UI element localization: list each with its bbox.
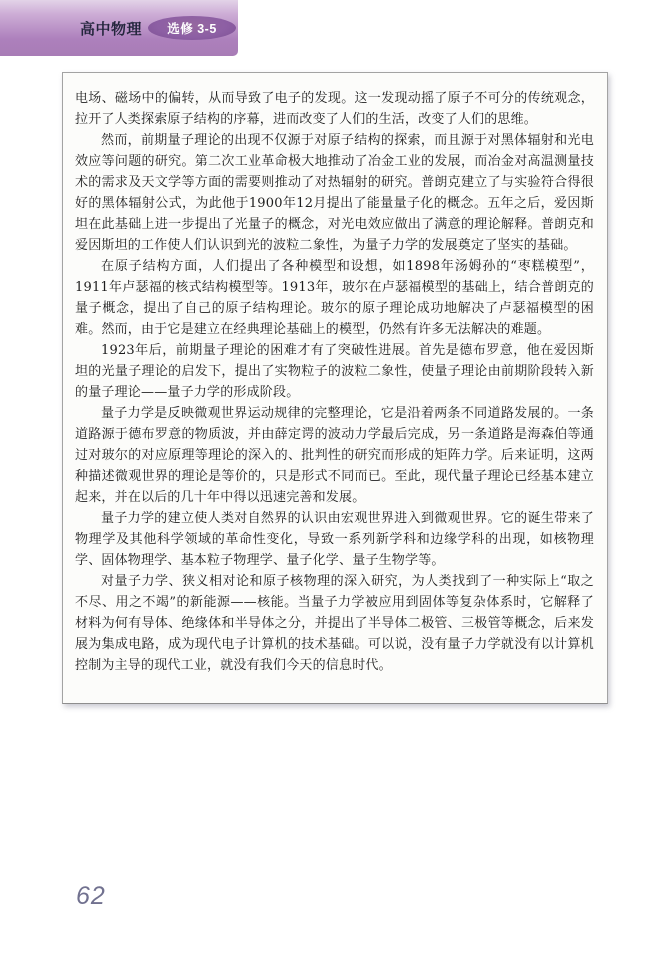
body-paragraph: 1923年后，前期量子理论的困难才有了突破性进展。首先是德布罗意，他在爱因斯坦的… [75,340,594,403]
module-badge: 选修 3-5 [148,16,236,40]
body-paragraph: 电场、磁场中的偏转，从而导致了电子的发现。这一发现动摇了原子不可分的传统观念，拉… [75,88,594,130]
body-paragraph: 然而，前期量子理论的出现不仅源于对原子结构的探索，而且源于对黑体辐射和光电效应等… [75,130,594,256]
page-number: 62 [76,882,106,911]
paper-sheet: 电场、磁场中的偏转，从而导致了电子的发现。这一发现动摇了原子不可分的传统观念，拉… [62,72,608,704]
header-band: 高中物理 选修 3-5 [0,0,238,56]
body-paragraph: 在原子结构方面，人们提出了各种模型和设想，如1898年汤姆孙的“枣糕模型”，19… [75,256,594,340]
scanned-textbook-page: 高中物理 选修 3-5 电场、磁场中的偏转，从而导致了电子的发现。这一发现动摇了… [0,0,650,960]
body-text: 电场、磁场中的偏转，从而导致了电子的发现。这一发现动摇了原子不可分的传统观念，拉… [75,88,594,676]
body-paragraph: 对量子力学、狭义相对论和原子核物理的深入研究，为人类找到了一种实际上“取之不尽、… [75,571,594,676]
body-paragraph: 量子力学的建立使人类对自然界的认识由宏观世界进入到微观世界。它的诞生带来了物理学… [75,508,594,571]
body-paragraph: 量子力学是反映微观世界运动规律的完整理论，它是沿着两条不同道路发展的。一条道路源… [75,403,594,508]
series-title: 高中物理 [80,18,142,39]
